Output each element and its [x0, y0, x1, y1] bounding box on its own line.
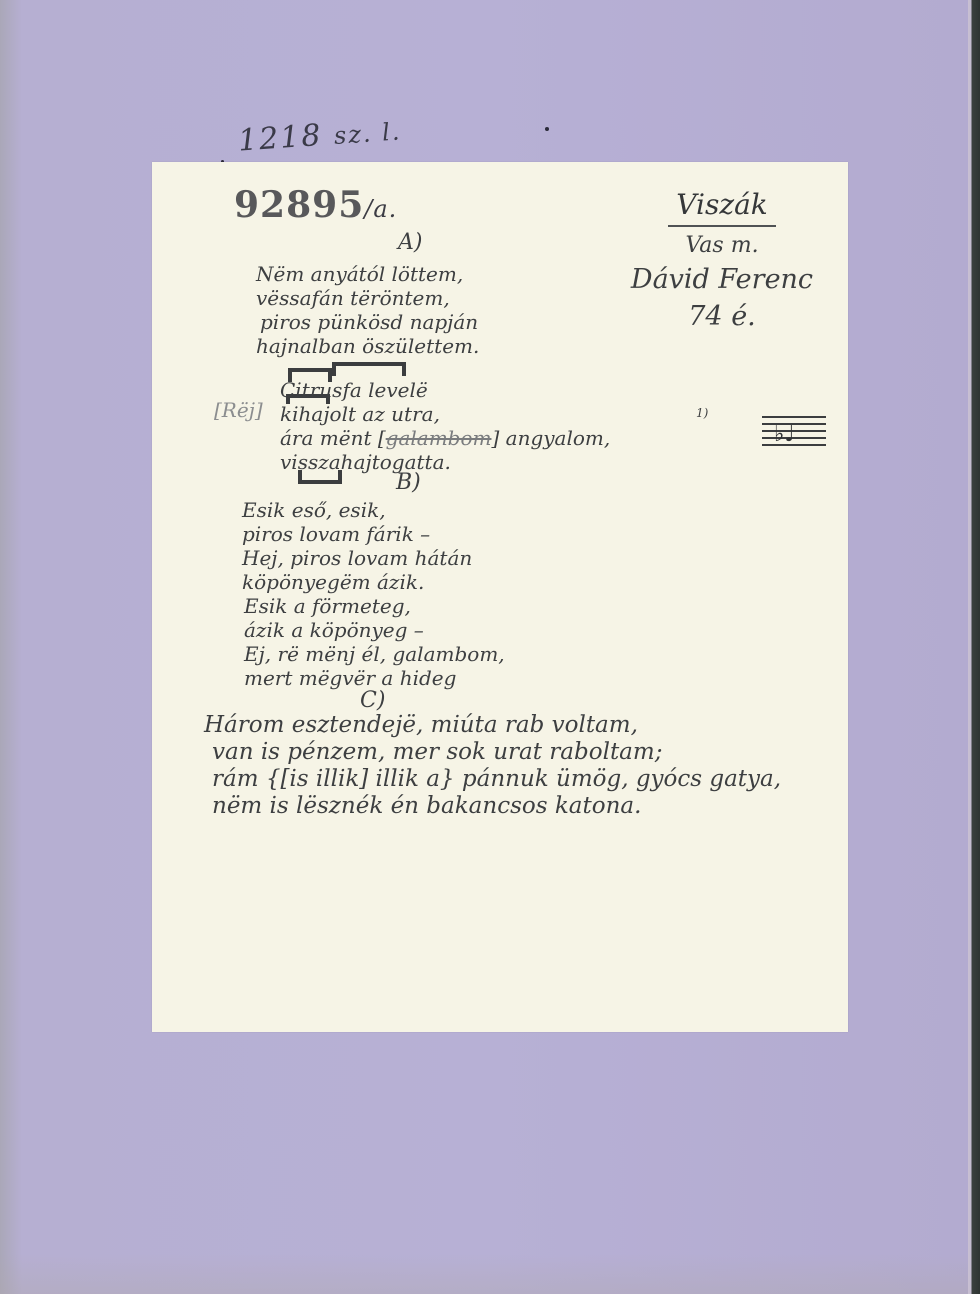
music-staff-fragment: ♭♩ — [762, 412, 826, 452]
scan-edge — [968, 0, 980, 1294]
ink-speck — [545, 127, 549, 131]
verse-line: hajnalban öszülettem. — [256, 334, 479, 358]
staff-line — [762, 416, 826, 418]
header-block: Viszák Vas m. Dávid Ferenc 74 é. — [622, 188, 822, 332]
footnote-marker: 1) — [696, 406, 708, 420]
county: Vas m. — [622, 233, 822, 258]
verse-line: kihajolt az utra, — [280, 402, 610, 426]
verse-line: Három esztendejë, miúta rab voltam, — [204, 712, 781, 739]
verse-a1: Nëm anyától löttem, vëssafán tëröntem, p… — [256, 262, 479, 358]
rhythm-mark — [298, 470, 342, 484]
verse-line: rám {[is illik] illik a} pánnuk ümög, gy… — [204, 766, 781, 793]
verse-line: van is pénzem, mer sok urat raboltam; — [204, 739, 781, 766]
verse-line: Nëm anyától löttem, — [256, 262, 479, 286]
informant-name: Dávid Ferenc — [622, 264, 822, 295]
verse-line: nëm is lësznék én bakancsos katona. — [204, 793, 781, 820]
verse-line: ázik a köpönyeg – — [244, 618, 505, 642]
verse-line: Esik a förmeteg, — [244, 594, 505, 618]
section-label-b: B) — [396, 470, 421, 495]
section-label-a: A) — [398, 230, 422, 255]
verse-line: Citrusfa levelë — [280, 378, 610, 402]
flat-note-icon: ♭♩ — [774, 422, 795, 447]
catalog-number-value: 1218 — [237, 118, 324, 159]
manuscript-sheet: 92895/a. Viszák Vas m. Dávid Ferenc 74 é… — [152, 162, 848, 1032]
verse-line: Esik eső, esik, — [242, 498, 472, 522]
margin-note-rej: [Rëj] — [214, 398, 263, 422]
verse-line: vëssafán tëröntem, — [256, 286, 479, 310]
verse-line: piros lovam fárik – — [242, 522, 472, 546]
verse-line-text: ára mënt [ — [280, 426, 386, 450]
verse-b2: Esik a förmeteg, ázik a köpönyeg – Ej, r… — [244, 594, 505, 690]
verse-line: Ej, rë mënj él, galambom, — [244, 642, 505, 666]
verse-line-text: ] angyalom, — [491, 426, 610, 450]
stamp-suffix: /a. — [364, 195, 397, 223]
catalog-number-suffix: sz. l. — [333, 117, 402, 150]
verse-a2: Citrusfa levelë kihajolt az utra, ára më… — [280, 378, 610, 474]
informant-age: 74 é. — [622, 301, 822, 332]
verse-line: ára mënt [galambom] angyalom, — [280, 426, 610, 450]
mount-shadow — [0, 1254, 968, 1294]
struck-word: galambom — [386, 426, 492, 450]
verse-line: köpönyegëm ázik. — [242, 570, 472, 594]
village-title: Viszák — [668, 188, 775, 227]
stamp-number: 92895 — [234, 184, 364, 226]
archive-stamp: 92895/a. — [234, 184, 397, 226]
verse-line: Hej, piros lovam hátán — [242, 546, 472, 570]
verse-b1: Esik eső, esik, piros lovam fárik – Hej,… — [242, 498, 472, 594]
section-label-c: C) — [360, 688, 385, 713]
rhythm-mark — [332, 362, 406, 376]
verse-c1: Három esztendejë, miúta rab voltam, van … — [204, 712, 781, 820]
verse-line: mert mëgvër a hideg — [244, 666, 505, 690]
verse-line: piros pünkösd napján — [256, 310, 479, 334]
